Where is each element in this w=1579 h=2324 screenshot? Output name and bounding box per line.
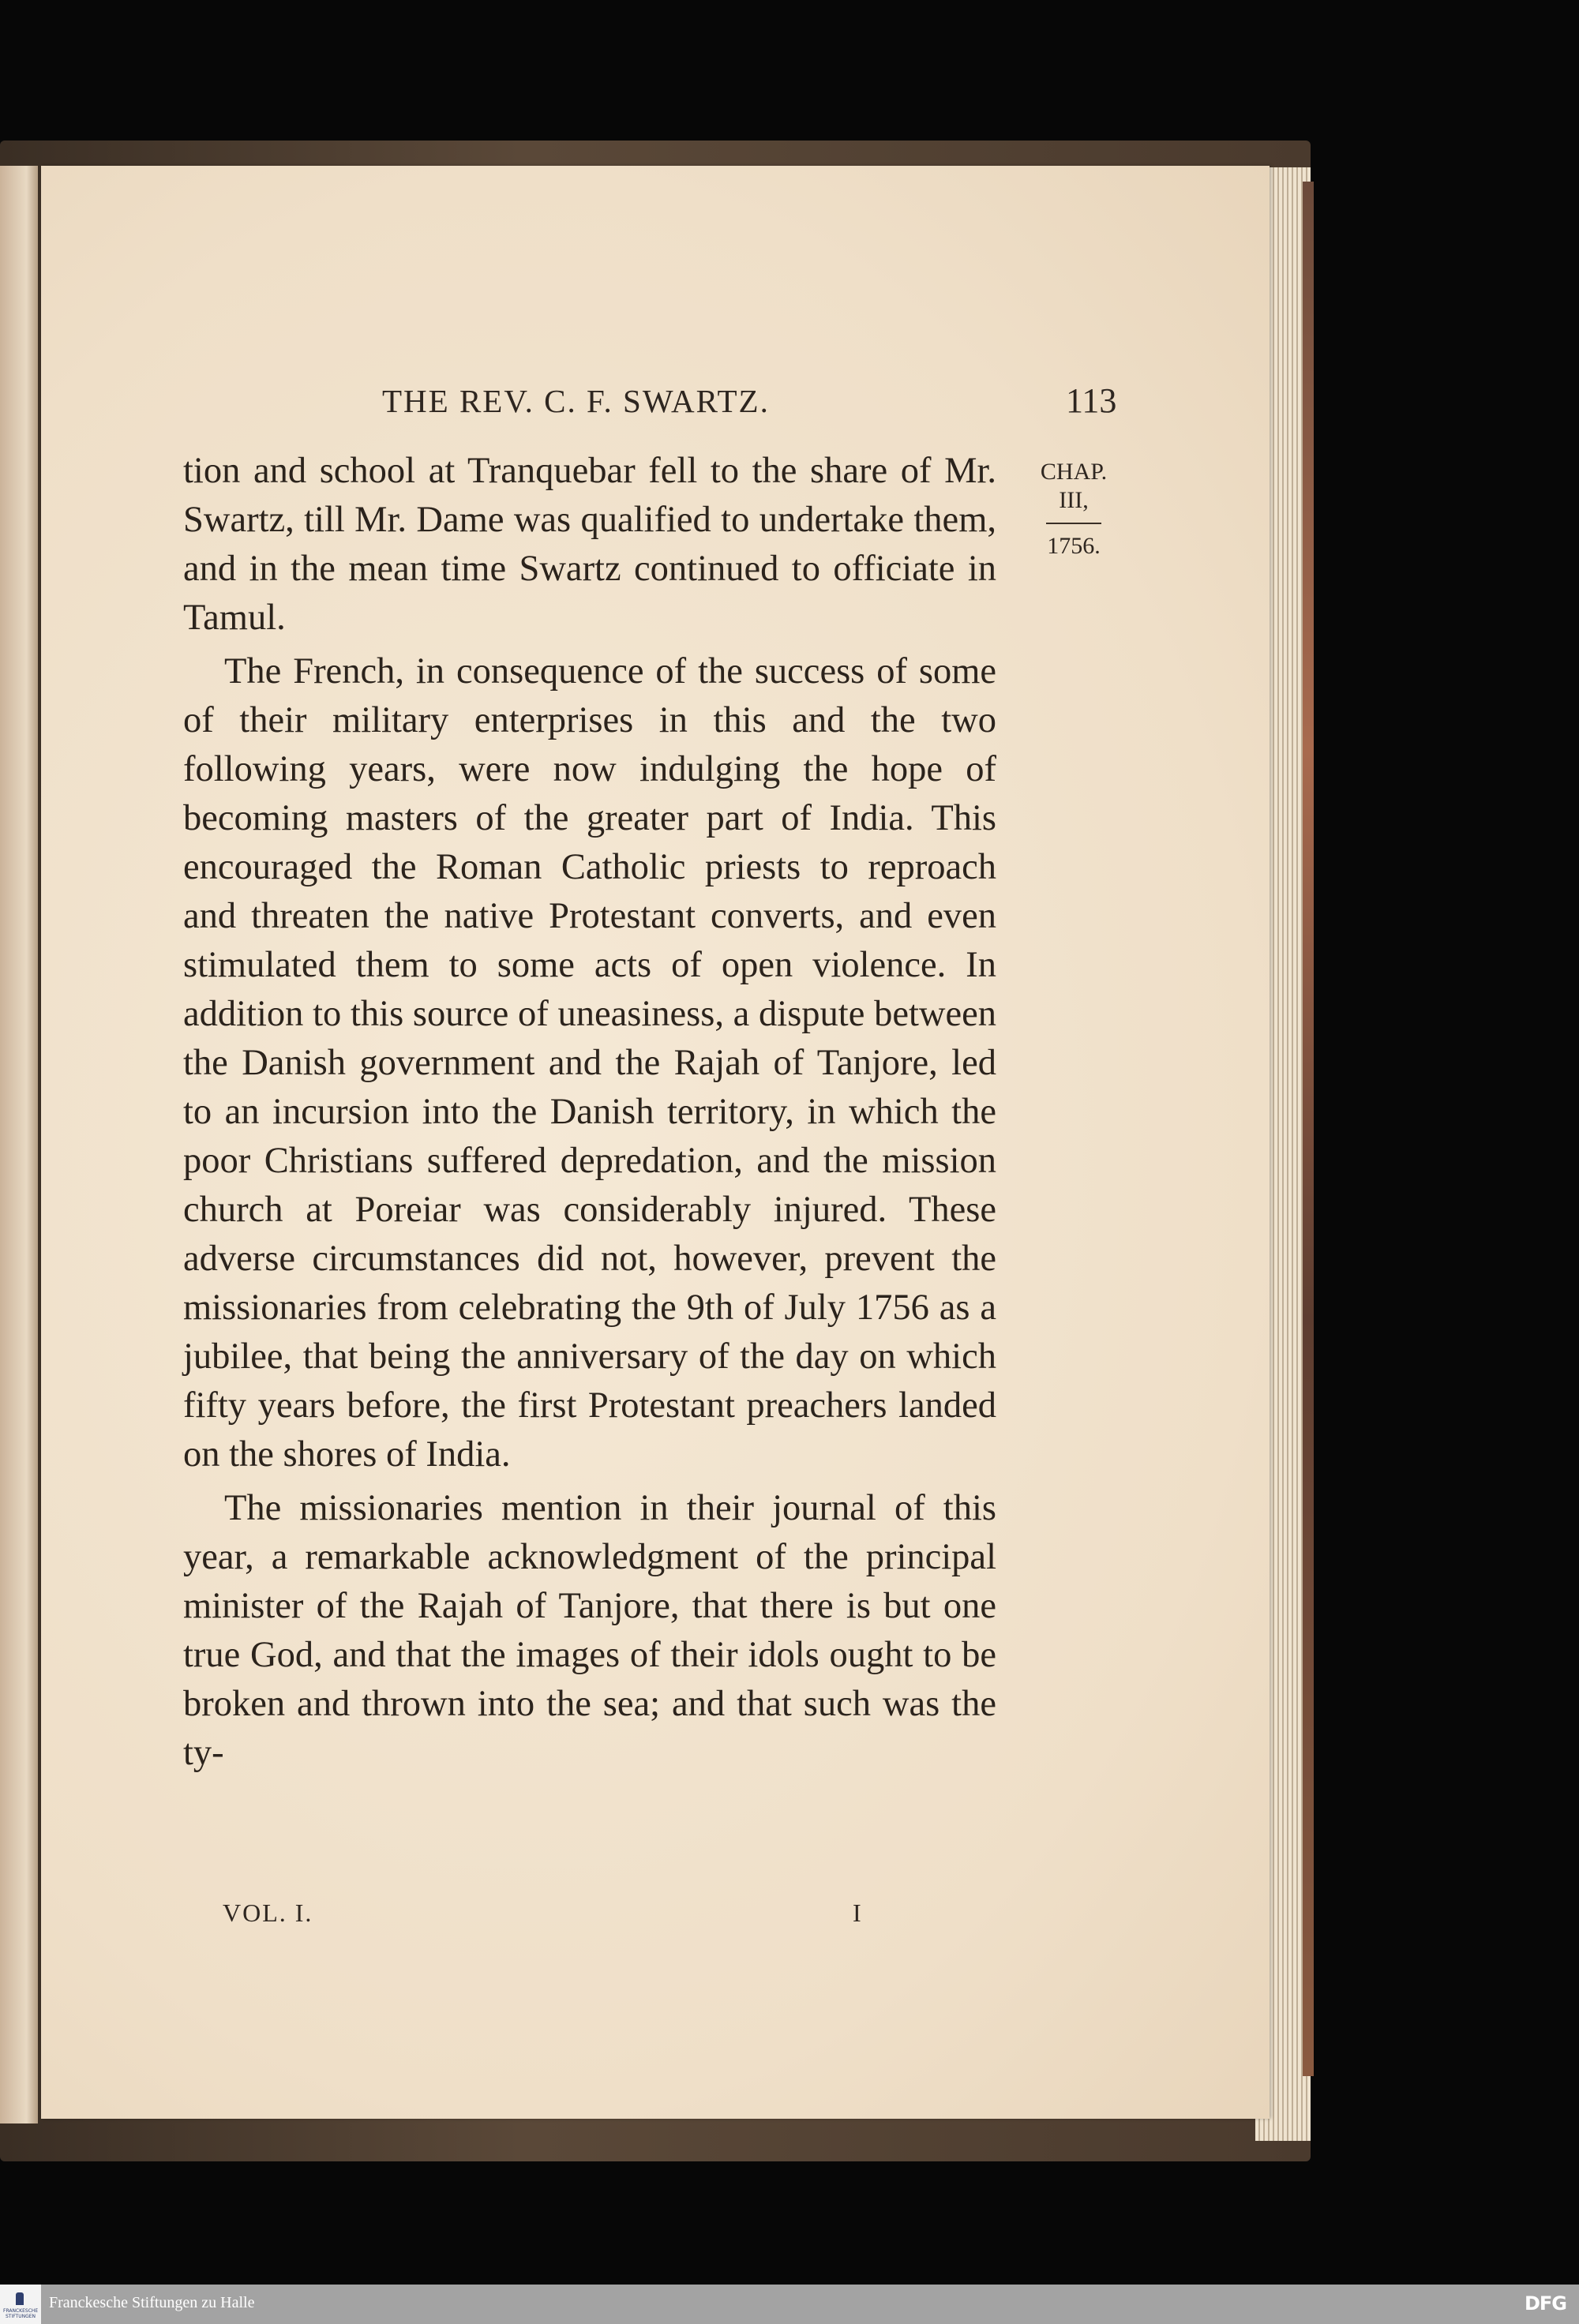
marbled-edge bbox=[1303, 182, 1314, 2076]
margin-note: CHAP. III, 1756. bbox=[1018, 458, 1129, 560]
volume-signature: VOL. I. bbox=[223, 1899, 313, 1928]
margin-year: 1756. bbox=[1018, 532, 1129, 560]
logo-caption: FRANCKESCHE STIFTUNGEN bbox=[3, 2308, 38, 2319]
page-number: 113 bbox=[1066, 380, 1116, 421]
body-text: tion and school at Tranquebar fell to th… bbox=[183, 447, 996, 1778]
paragraph: The missionaries mention in their journa… bbox=[183, 1484, 996, 1778]
dfg-logo: DFG bbox=[1525, 2292, 1566, 2315]
running-head: THE REV. C. F. SWARTZ. bbox=[382, 382, 770, 420]
margin-rule bbox=[1046, 523, 1101, 524]
chapter-number: III, bbox=[1018, 486, 1129, 515]
logo-figure-icon bbox=[16, 2292, 24, 2305]
institution-logo-icon: FRANCKESCHE STIFTUNGEN bbox=[0, 2285, 41, 2324]
facing-page-edge bbox=[0, 166, 38, 2123]
institution-name: Franckesche Stiftungen zu Halle bbox=[49, 2294, 254, 2312]
signature-mark: I bbox=[853, 1899, 861, 1928]
paragraph: tion and school at Tranquebar fell to th… bbox=[183, 447, 996, 643]
paragraph: The French, in consequence of the succes… bbox=[183, 647, 996, 1479]
footer-bar: FRANCKESCHE STIFTUNGEN Franckesche Stift… bbox=[0, 2285, 1579, 2324]
chapter-label: CHAP. bbox=[1018, 458, 1129, 486]
